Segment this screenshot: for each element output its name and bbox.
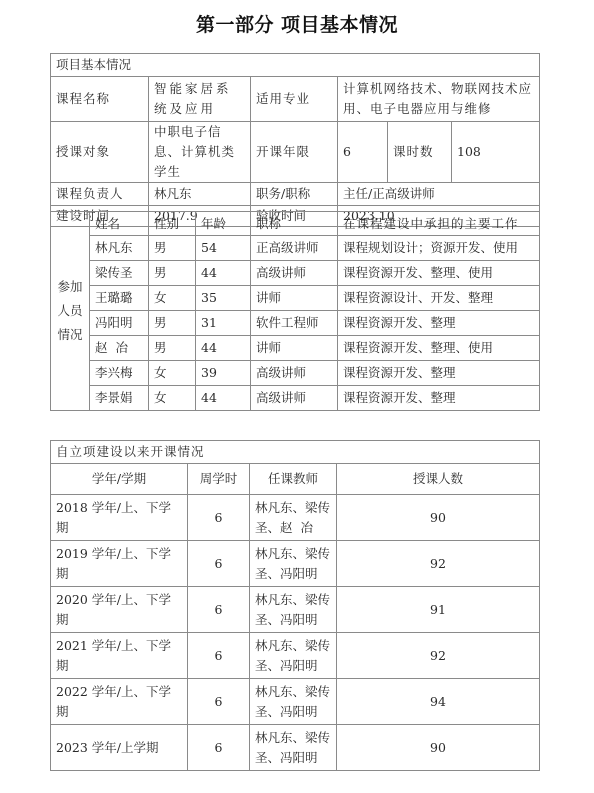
staff-name: 王璐璐 bbox=[90, 286, 149, 311]
staff-name: 赵 冶 bbox=[90, 336, 149, 361]
major-value: 计算机网络技术、物联网技术应用、电子电器应用与维修 bbox=[338, 77, 540, 122]
history-hours: 6 bbox=[188, 541, 250, 587]
staff-age: 44 bbox=[196, 336, 251, 361]
staff-duty: 课程资源开发、整理、使用 bbox=[338, 336, 540, 361]
history-teachers: 林凡东、梁传圣、冯阳明 bbox=[250, 679, 337, 725]
staff-age: 35 bbox=[196, 286, 251, 311]
audience-label: 授课对象 bbox=[51, 122, 149, 183]
staff-gender: 男 bbox=[149, 261, 196, 286]
staff-title: 高级讲师 bbox=[251, 261, 338, 286]
section-label-history: 自立项建设以来开课情况 bbox=[51, 441, 540, 464]
history-teachers: 林凡东、梁传圣、赵 冶 bbox=[250, 495, 337, 541]
history-header-term: 学年/学期 bbox=[51, 464, 188, 495]
history-students: 90 bbox=[337, 495, 540, 541]
history-teachers: 林凡东、梁传圣、冯阳明 bbox=[250, 633, 337, 679]
history-header-teachers: 任课教师 bbox=[250, 464, 337, 495]
staff-age: 44 bbox=[196, 261, 251, 286]
audience-value: 中职电子信息、计算机类学生 bbox=[149, 122, 251, 183]
section-label-basic: 项目基本情况 bbox=[51, 54, 540, 77]
staff-name: 冯阳明 bbox=[90, 311, 149, 336]
staff-gender: 男 bbox=[149, 336, 196, 361]
position-value: 主任/正高级讲师 bbox=[338, 183, 540, 206]
staff-age: 39 bbox=[196, 361, 251, 386]
staff-age: 31 bbox=[196, 311, 251, 336]
history-students: 91 bbox=[337, 587, 540, 633]
course-name-value: 智能家居系统及应用 bbox=[149, 77, 251, 122]
staff-duty: 课程资源开发、整理 bbox=[338, 311, 540, 336]
staff-duty: 课程资源开发、整理 bbox=[338, 361, 540, 386]
history-hours: 6 bbox=[188, 725, 250, 771]
staff-row: 冯阳明 男 31 软件工程师 课程资源开发、整理 bbox=[51, 311, 540, 336]
staff-gender: 女 bbox=[149, 286, 196, 311]
years-value: 6 bbox=[338, 122, 388, 183]
staff-gender: 女 bbox=[149, 361, 196, 386]
history-header-students: 授课人数 bbox=[337, 464, 540, 495]
staff-header-age: 年龄 bbox=[196, 212, 251, 236]
staff-title: 讲师 bbox=[251, 336, 338, 361]
history-hours: 6 bbox=[188, 633, 250, 679]
staff-duty: 课程资源开发、整理、使用 bbox=[338, 261, 540, 286]
history-hours: 6 bbox=[188, 679, 250, 725]
staff-row: 林凡东 男 54 正高级讲师 课程规划设计；资源开发、使用 bbox=[51, 236, 540, 261]
staff-gender: 女 bbox=[149, 386, 196, 411]
years-label: 开课年限 bbox=[251, 122, 338, 183]
staff-title: 高级讲师 bbox=[251, 361, 338, 386]
history-hours: 6 bbox=[188, 495, 250, 541]
staff-row: 李兴梅 女 39 高级讲师 课程资源开发、整理 bbox=[51, 361, 540, 386]
history-term: 2019 学年/上、下学期 bbox=[51, 541, 188, 587]
staff-header-title: 职称 bbox=[251, 212, 338, 236]
staff-gender: 男 bbox=[149, 236, 196, 261]
staff-name: 李兴梅 bbox=[90, 361, 149, 386]
staff-duty: 课程资源设计、开发、整理 bbox=[338, 286, 540, 311]
history-teachers: 林凡东、梁传圣、冯阳明 bbox=[250, 541, 337, 587]
history-students: 90 bbox=[337, 725, 540, 771]
hours-label: 课时数 bbox=[388, 122, 452, 183]
lead-label: 课程负责人 bbox=[51, 183, 149, 206]
staff-header-duty: 在课程建设中承担的主要工作 bbox=[338, 212, 540, 236]
staff-duty: 课程规划设计；资源开发、使用 bbox=[338, 236, 540, 261]
history-row: 2023 学年/上学期 6 林凡东、梁传圣、冯阳明 90 bbox=[51, 725, 540, 771]
history-hours: 6 bbox=[188, 587, 250, 633]
history-term: 2018 学年/上、下学期 bbox=[51, 495, 188, 541]
history-term: 2022 学年/上、下学期 bbox=[51, 679, 188, 725]
history-table: 自立项建设以来开课情况 学年/学期 周学时 任课教师 授课人数 2018 学年/… bbox=[50, 440, 540, 771]
staff-header-gender: 性别 bbox=[149, 212, 196, 236]
history-row: 2021 学年/上、下学期 6 林凡东、梁传圣、冯阳明 92 bbox=[51, 633, 540, 679]
major-label: 适用专业 bbox=[251, 77, 338, 122]
staff-age: 44 bbox=[196, 386, 251, 411]
staff-title: 软件工程师 bbox=[251, 311, 338, 336]
history-students: 92 bbox=[337, 633, 540, 679]
history-term: 2020 学年/上、下学期 bbox=[51, 587, 188, 633]
history-students: 94 bbox=[337, 679, 540, 725]
history-term: 2021 学年/上、下学期 bbox=[51, 633, 188, 679]
staff-header-name: 姓名 bbox=[90, 212, 149, 236]
page-title: 第一部分 项目基本情况 bbox=[0, 10, 594, 37]
staff-title: 正高级讲师 bbox=[251, 236, 338, 261]
position-label: 职务/职称 bbox=[251, 183, 338, 206]
staff-age: 54 bbox=[196, 236, 251, 261]
history-term: 2023 学年/上学期 bbox=[51, 725, 188, 771]
staff-name: 李景娟 bbox=[90, 386, 149, 411]
staff-name: 林凡东 bbox=[90, 236, 149, 261]
hours-value: 108 bbox=[452, 122, 540, 183]
basic-info-table: 项目基本情况 课程名称 智能家居系统及应用 适用专业 计算机网络技术、物联网技术… bbox=[50, 53, 540, 227]
history-row: 2018 学年/上、下学期 6 林凡东、梁传圣、赵 冶 90 bbox=[51, 495, 540, 541]
history-row: 2019 学年/上、下学期 6 林凡东、梁传圣、冯阳明 92 bbox=[51, 541, 540, 587]
staff-row: 李景娟 女 44 高级讲师 课程资源开发、整理 bbox=[51, 386, 540, 411]
history-header-hours: 周学时 bbox=[188, 464, 250, 495]
staff-gender: 男 bbox=[149, 311, 196, 336]
history-row: 2022 学年/上、下学期 6 林凡东、梁传圣、冯阳明 94 bbox=[51, 679, 540, 725]
staff-row: 王璐璐 女 35 讲师 课程资源设计、开发、整理 bbox=[51, 286, 540, 311]
course-name-label: 课程名称 bbox=[51, 77, 149, 122]
history-row: 2020 学年/上、下学期 6 林凡东、梁传圣、冯阳明 91 bbox=[51, 587, 540, 633]
history-teachers: 林凡东、梁传圣、冯阳明 bbox=[250, 725, 337, 771]
staff-title: 高级讲师 bbox=[251, 386, 338, 411]
staff-name: 梁传圣 bbox=[90, 261, 149, 286]
staff-row: 赵 冶 男 44 讲师 课程资源开发、整理、使用 bbox=[51, 336, 540, 361]
staff-group-label: 参加人员情况 bbox=[51, 212, 90, 411]
history-students: 92 bbox=[337, 541, 540, 587]
staff-title: 讲师 bbox=[251, 286, 338, 311]
lead-value: 林凡东 bbox=[149, 183, 251, 206]
history-teachers: 林凡东、梁传圣、冯阳明 bbox=[250, 587, 337, 633]
staff-duty: 课程资源开发、整理 bbox=[338, 386, 540, 411]
staff-table: 参加人员情况 姓名 性别 年龄 职称 在课程建设中承担的主要工作 林凡东 男 5… bbox=[50, 211, 540, 411]
staff-row: 梁传圣 男 44 高级讲师 课程资源开发、整理、使用 bbox=[51, 261, 540, 286]
